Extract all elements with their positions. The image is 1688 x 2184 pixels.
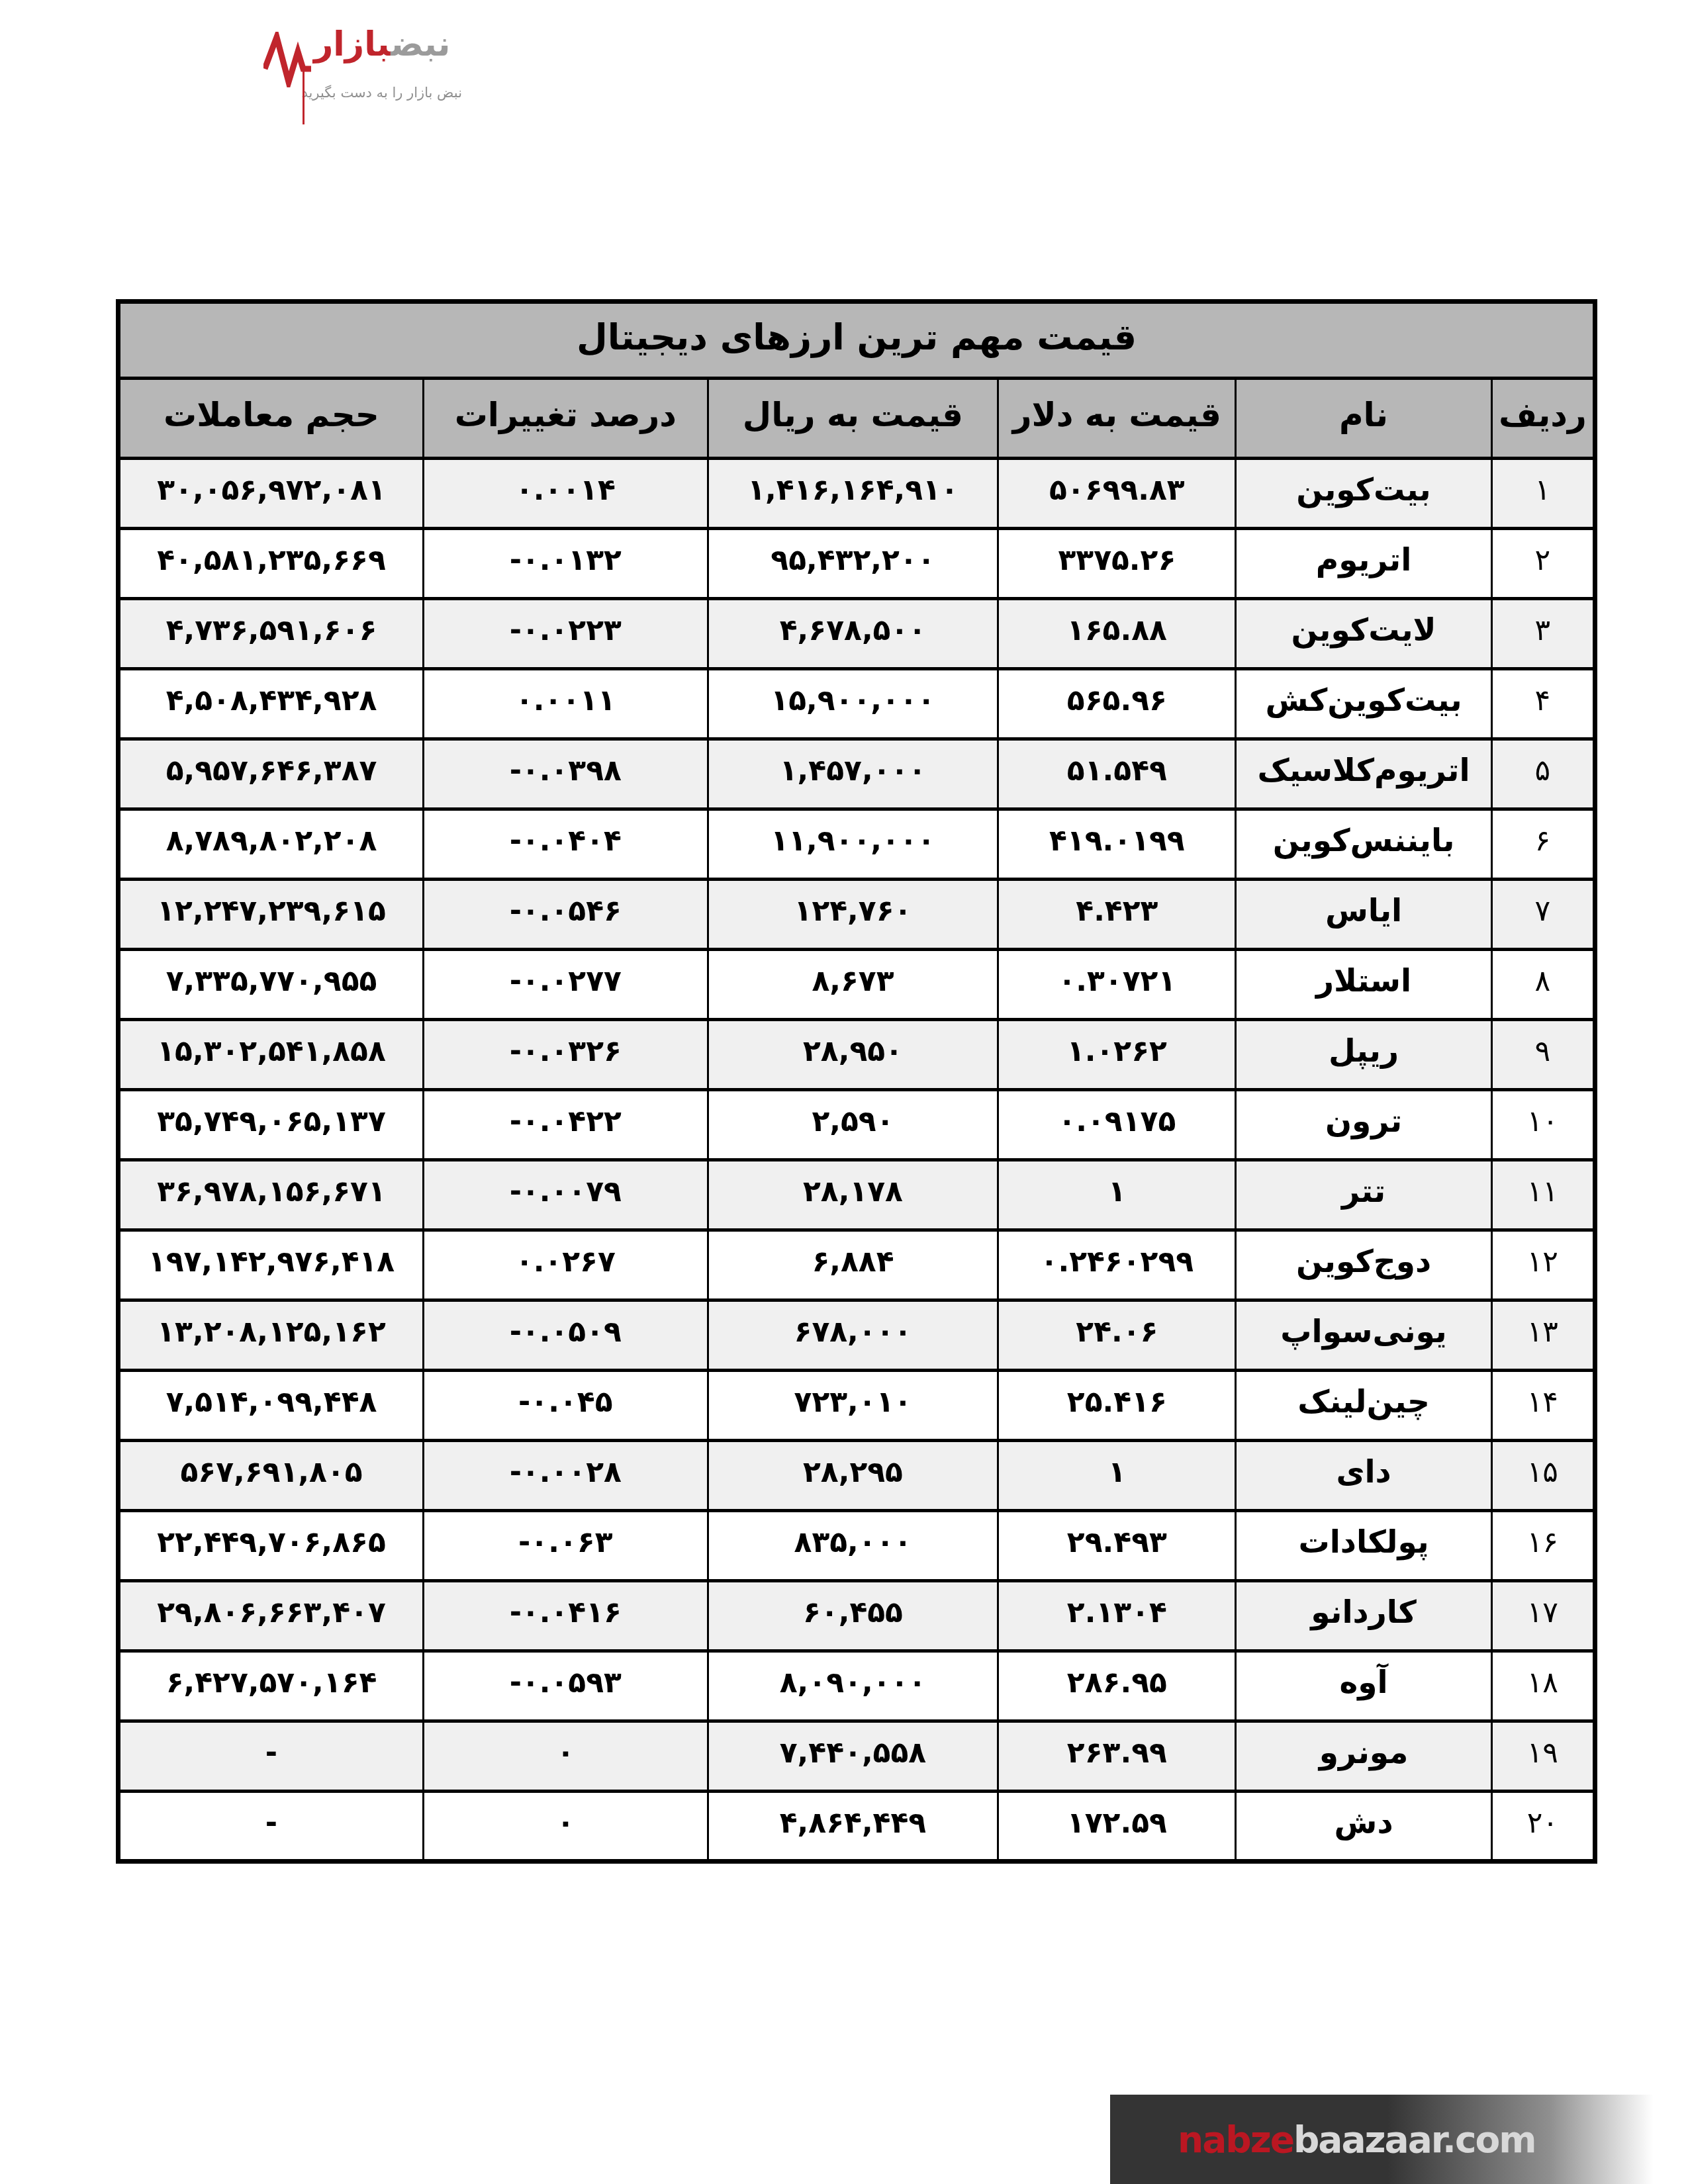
price-usd: ۲۸۶.۹۵ [998, 1651, 1236, 1721]
row-index: ۲۰ [1491, 1792, 1595, 1862]
percent-change: ۰.۰۰۱۴ [423, 459, 708, 529]
table-row: ۳ لایت‌کوین ۱۶۵.۸۸ ۴,۶۷۸,۵۰۰ -۰.۰۲۲۳ ۴,۷… [118, 599, 1595, 669]
table-row: ۱۱ تتر ۱ ۲۸,۱۷۸ -۰.۰۰۷۹ ۳۶,۹۷۸,۱۵۶,۶۷۱ [118, 1160, 1595, 1230]
price-rial: ۱۵,۹۰۰,۰۰۰ [708, 669, 998, 739]
row-index: ۱۳ [1491, 1300, 1595, 1371]
coin-name: چین‌لینک [1236, 1371, 1491, 1441]
trade-volume: ۵۶۷,۶۹۱,۸۰۵ [118, 1441, 424, 1511]
trade-volume: ۴,۷۳۶,۵۹۱,۶۰۶ [118, 599, 424, 669]
percent-change: -۰.۰۰۷۹ [423, 1160, 708, 1230]
row-index: ۴ [1491, 669, 1595, 739]
watermark-url-red: nabze [1178, 2118, 1293, 2161]
coin-name: لایت‌کوین [1236, 599, 1491, 669]
row-index: ۱ [1491, 459, 1595, 529]
row-index: ۱۲ [1491, 1230, 1595, 1300]
trade-volume: ۷,۵۱۴,۰۹۹,۴۴۸ [118, 1371, 424, 1441]
row-index: ۳ [1491, 599, 1595, 669]
price-usd: ۲۵.۴۱۶ [998, 1371, 1236, 1441]
price-usd: ۱۶۵.۸۸ [998, 599, 1236, 669]
header-change: درصد تغییرات [423, 379, 708, 459]
price-rial: ۹۵,۴۳۲,۲۰۰ [708, 529, 998, 599]
price-usd: ۵۱.۵۴۹ [998, 739, 1236, 809]
trade-volume: ۲۹,۸۰۶,۶۶۳,۴۰۷ [118, 1581, 424, 1651]
coin-name: ریپل [1236, 1020, 1491, 1090]
logo-tagline: نبض بازار را به دست بگیرید [306, 85, 469, 101]
coin-name: اتریوم [1236, 529, 1491, 599]
coin-name: ترون [1236, 1090, 1491, 1160]
table-row: ۲ اتریوم ۳۳۷۵.۲۶ ۹۵,۴۳۲,۲۰۰ -۰.۰۱۳۲ ۴۰,۵… [118, 529, 1595, 599]
coin-name: دش [1236, 1792, 1491, 1862]
watermark-url-gray: baazaar.com [1293, 2118, 1536, 2161]
percent-change: -۰.۰۲۷۷ [423, 950, 708, 1020]
price-rial: ۱۱,۹۰۰,۰۰۰ [708, 809, 998, 880]
header-volume: حجم معاملات [118, 379, 424, 459]
table-row: ۱۰ ترون ۰.۰۹۱۷۵ ۲,۵۹۰ -۰.۰۴۲۲ ۳۵,۷۴۹,۰۶۵… [118, 1090, 1595, 1160]
price-rial: ۷,۴۴۰,۵۵۸ [708, 1721, 998, 1792]
table-row: ۱۷ کاردانو ۲.۱۳۰۴ ۶۰,۴۵۵ -۰.۰۴۱۶ ۲۹,۸۰۶,… [118, 1581, 1595, 1651]
table-title-row: قیمت مهم ترین ارزهای دیجیتال [118, 302, 1595, 379]
price-usd: ۰.۰۹۱۷۵ [998, 1090, 1236, 1160]
row-index: ۱۷ [1491, 1581, 1595, 1651]
price-rial: ۲,۵۹۰ [708, 1090, 998, 1160]
trade-volume: ۱۵,۳۰۲,۵۴۱,۸۵۸ [118, 1020, 424, 1090]
table-row: ۹ ریپل ۱.۰۲۶۲ ۲۸,۹۵۰ -۰.۰۳۲۶ ۱۵,۳۰۲,۵۴۱,… [118, 1020, 1595, 1090]
coin-name: ایاس [1236, 880, 1491, 950]
coin-name: دوج‌کوین [1236, 1230, 1491, 1300]
percent-change: -۰.۰۶۳ [423, 1511, 708, 1581]
price-usd: ۲۹.۴۹۳ [998, 1511, 1236, 1581]
trade-volume: ۳۵,۷۴۹,۰۶۵,۱۳۷ [118, 1090, 424, 1160]
price-rial: ۷۲۳,۰۱۰ [708, 1371, 998, 1441]
trade-volume: - [118, 1721, 424, 1792]
logo-text-bazaar: بازار [314, 25, 391, 64]
percent-change: -۰.۰۵۹۳ [423, 1651, 708, 1721]
coin-name: دای [1236, 1441, 1491, 1511]
price-usd: ۳۳۷۵.۲۶ [998, 529, 1236, 599]
price-rial: ۴,۸۶۴,۴۴۹ [708, 1792, 998, 1862]
table-row: ۱۸ آوه ۲۸۶.۹۵ ۸,۰۹۰,۰۰۰ -۰.۰۵۹۳ ۶,۴۲۷,۵۷… [118, 1651, 1595, 1721]
table-row: ۱۴ چین‌لینک ۲۵.۴۱۶ ۷۲۳,۰۱۰ -۰.۰۴۵ ۷,۵۱۴,… [118, 1371, 1595, 1441]
price-usd: ۵۶۵.۹۶ [998, 669, 1236, 739]
watermark-url: nabzebaazaar.com [1178, 2118, 1536, 2161]
logo-wordmark: نبضبازار [314, 19, 450, 71]
price-rial: ۶,۸۸۴ [708, 1230, 998, 1300]
price-usd: ۵۰۶۹۹.۸۳ [998, 459, 1236, 529]
price-usd: ۰.۳۰۷۲۱ [998, 950, 1236, 1020]
table-row: ۲۰ دش ۱۷۲.۵۹ ۴,۸۶۴,۴۴۹ ۰ - [118, 1792, 1595, 1862]
table-row: ۱ بیت‌کوین ۵۰۶۹۹.۸۳ ۱,۴۱۶,۱۶۴,۹۱۰ ۰.۰۰۱۴… [118, 459, 1595, 529]
row-index: ۱۱ [1491, 1160, 1595, 1230]
percent-change: -۰.۰۱۳۲ [423, 529, 708, 599]
table-row: ۱۵ دای ۱ ۲۸,۲۹۵ -۰.۰۰۲۸ ۵۶۷,۶۹۱,۸۰۵ [118, 1441, 1595, 1511]
logo-text-nabz: نبض [391, 25, 450, 64]
table-row: ۴ بیت‌کوین‌کش ۵۶۵.۹۶ ۱۵,۹۰۰,۰۰۰ ۰.۰۰۱۱ ۴… [118, 669, 1595, 739]
percent-change: ۰.۰۲۶۷ [423, 1230, 708, 1300]
table-row: ۱۶ پولکادات ۲۹.۴۹۳ ۸۳۵,۰۰۰ -۰.۰۶۳ ۲۲,۴۴۹… [118, 1511, 1595, 1581]
price-rial: ۱,۴۱۶,۱۶۴,۹۱۰ [708, 459, 998, 529]
percent-change: ۰ [423, 1721, 708, 1792]
row-index: ۱۰ [1491, 1090, 1595, 1160]
coin-name: اتریوم‌کلاسیک [1236, 739, 1491, 809]
row-index: ۹ [1491, 1020, 1595, 1090]
coin-name: کاردانو [1236, 1581, 1491, 1651]
price-usd: ۲.۱۳۰۴ [998, 1581, 1236, 1651]
percent-change: -۰.۰۵۰۹ [423, 1300, 708, 1371]
trade-volume: ۳۰,۰۵۶,۹۷۲,۰۸۱ [118, 459, 424, 529]
site-watermark: nabzebaazaar.com [1110, 2095, 1688, 2184]
price-usd: ۰.۲۴۶۰۲۹۹ [998, 1230, 1236, 1300]
header-rial: قیمت به ریال [708, 379, 998, 459]
coin-name: بیت‌کوین‌کش [1236, 669, 1491, 739]
price-usd: ۲۴.۰۶ [998, 1300, 1236, 1371]
coin-name: آوه [1236, 1651, 1491, 1721]
logo-divider-line [303, 66, 305, 124]
row-index: ۲ [1491, 529, 1595, 599]
row-index: ۶ [1491, 809, 1595, 880]
table-row: ۱۹ مونرو ۲۶۳.۹۹ ۷,۴۴۰,۵۵۸ ۰ - [118, 1721, 1595, 1792]
trade-volume: ۴,۵۰۸,۴۳۴,۹۲۸ [118, 669, 424, 739]
price-rial: ۸,۰۹۰,۰۰۰ [708, 1651, 998, 1721]
table-row: ۵ اتریوم‌کلاسیک ۵۱.۵۴۹ ۱,۴۵۷,۰۰۰ -۰.۰۳۹۸… [118, 739, 1595, 809]
crypto-table-body: ۱ بیت‌کوین ۵۰۶۹۹.۸۳ ۱,۴۱۶,۱۶۴,۹۱۰ ۰.۰۰۱۴… [118, 459, 1595, 1862]
percent-change: -۰.۰۵۴۶ [423, 880, 708, 950]
coin-name: مونرو [1236, 1721, 1491, 1792]
header-index: ردیف [1491, 379, 1595, 459]
table-row: ۱۲ دوج‌کوین ۰.۲۴۶۰۲۹۹ ۶,۸۸۴ ۰.۰۲۶۷ ۱۹۷,۱… [118, 1230, 1595, 1300]
percent-change: -۰.۰۲۲۳ [423, 599, 708, 669]
trade-volume: - [118, 1792, 424, 1862]
coin-name: استلار [1236, 950, 1491, 1020]
logo-wordmark-row: نبضبازار [263, 19, 469, 87]
price-rial: ۸۳۵,۰۰۰ [708, 1511, 998, 1581]
table-header-row: ردیف نام قیمت به دلار قیمت به ریال درصد … [118, 379, 1595, 459]
price-usd: ۴.۴۲۳ [998, 880, 1236, 950]
coin-name: بیت‌کوین [1236, 459, 1491, 529]
coin-name: پولکادات [1236, 1511, 1491, 1581]
price-rial: ۱۲۴,۷۶۰ [708, 880, 998, 950]
percent-change: ۰.۰۰۱۱ [423, 669, 708, 739]
row-index: ۱۵ [1491, 1441, 1595, 1511]
trade-volume: ۸,۷۸۹,۸۰۲,۲۰۸ [118, 809, 424, 880]
price-usd: ۱ [998, 1441, 1236, 1511]
percent-change: -۰.۰۳۲۶ [423, 1020, 708, 1090]
row-index: ۱۹ [1491, 1721, 1595, 1792]
price-rial: ۲۸,۱۷۸ [708, 1160, 998, 1230]
price-usd: ۱۷۲.۵۹ [998, 1792, 1236, 1862]
coin-name: یونی‌سواپ [1236, 1300, 1491, 1371]
price-usd: ۱.۰۲۶۲ [998, 1020, 1236, 1090]
row-index: ۱۸ [1491, 1651, 1595, 1721]
row-index: ۷ [1491, 880, 1595, 950]
price-usd: ۴۱۹.۰۱۹۹ [998, 809, 1236, 880]
price-usd: ۱ [998, 1160, 1236, 1230]
trade-volume: ۱۲,۲۴۷,۲۳۹,۶۱۵ [118, 880, 424, 950]
site-logo: نبضبازار نبض بازار را به دست بگیرید [263, 19, 469, 111]
trade-volume: ۷,۳۳۵,۷۷۰,۹۵۵ [118, 950, 424, 1020]
trade-volume: ۵,۹۵۷,۶۴۶,۳۸۷ [118, 739, 424, 809]
price-rial: ۴,۶۷۸,۵۰۰ [708, 599, 998, 669]
percent-change: -۰.۰۰۲۸ [423, 1441, 708, 1511]
crypto-price-table: قیمت مهم ترین ارزهای دیجیتال ردیف نام قی… [116, 299, 1597, 1864]
table-title: قیمت مهم ترین ارزهای دیجیتال [118, 302, 1595, 379]
header-usd: قیمت به دلار [998, 379, 1236, 459]
price-usd: ۲۶۳.۹۹ [998, 1721, 1236, 1792]
trade-volume: ۶,۴۲۷,۵۷۰,۱۶۴ [118, 1651, 424, 1721]
row-index: ۸ [1491, 950, 1595, 1020]
percent-change: -۰.۰۳۹۸ [423, 739, 708, 809]
table-row: ۶ بایننس‌کوین ۴۱۹.۰۱۹۹ ۱۱,۹۰۰,۰۰۰ -۰.۰۴۰… [118, 809, 1595, 880]
percent-change: -۰.۰۴۵ [423, 1371, 708, 1441]
price-rial: ۶۰,۴۵۵ [708, 1581, 998, 1651]
price-rial: ۲۸,۹۵۰ [708, 1020, 998, 1090]
price-rial: ۱,۴۵۷,۰۰۰ [708, 739, 998, 809]
table-row: ۱۳ یونی‌سواپ ۲۴.۰۶ ۶۷۸,۰۰۰ -۰.۰۵۰۹ ۱۳,۲۰… [118, 1300, 1595, 1371]
trade-volume: ۱۳,۲۰۸,۱۲۵,۱۶۲ [118, 1300, 424, 1371]
price-rial: ۲۸,۲۹۵ [708, 1441, 998, 1511]
row-index: ۱۶ [1491, 1511, 1595, 1581]
table-row: ۸ استلار ۰.۳۰۷۲۱ ۸,۶۷۳ -۰.۰۲۷۷ ۷,۳۳۵,۷۷۰… [118, 950, 1595, 1020]
percent-change: -۰.۰۴۲۲ [423, 1090, 708, 1160]
trade-volume: ۴۰,۵۸۱,۲۳۵,۶۶۹ [118, 529, 424, 599]
heartbeat-pulse-icon [263, 32, 312, 87]
header-name: نام [1236, 379, 1491, 459]
price-rial: ۶۷۸,۰۰۰ [708, 1300, 998, 1371]
page: نبضبازار نبض بازار را به دست بگیرید قیمت… [0, 0, 1688, 2184]
percent-change: -۰.۰۴۰۴ [423, 809, 708, 880]
percent-change: ۰ [423, 1792, 708, 1862]
trade-volume: ۲۲,۴۴۹,۷۰۶,۸۶۵ [118, 1511, 424, 1581]
row-index: ۵ [1491, 739, 1595, 809]
coin-name: تتر [1236, 1160, 1491, 1230]
table-row: ۷ ایاس ۴.۴۲۳ ۱۲۴,۷۶۰ -۰.۰۵۴۶ ۱۲,۲۴۷,۲۳۹,… [118, 880, 1595, 950]
price-rial: ۸,۶۷۳ [708, 950, 998, 1020]
coin-name: بایننس‌کوین [1236, 809, 1491, 880]
trade-volume: ۱۹۷,۱۴۲,۹۷۶,۴۱۸ [118, 1230, 424, 1300]
row-index: ۱۴ [1491, 1371, 1595, 1441]
trade-volume: ۳۶,۹۷۸,۱۵۶,۶۷۱ [118, 1160, 424, 1230]
percent-change: -۰.۰۴۱۶ [423, 1581, 708, 1651]
